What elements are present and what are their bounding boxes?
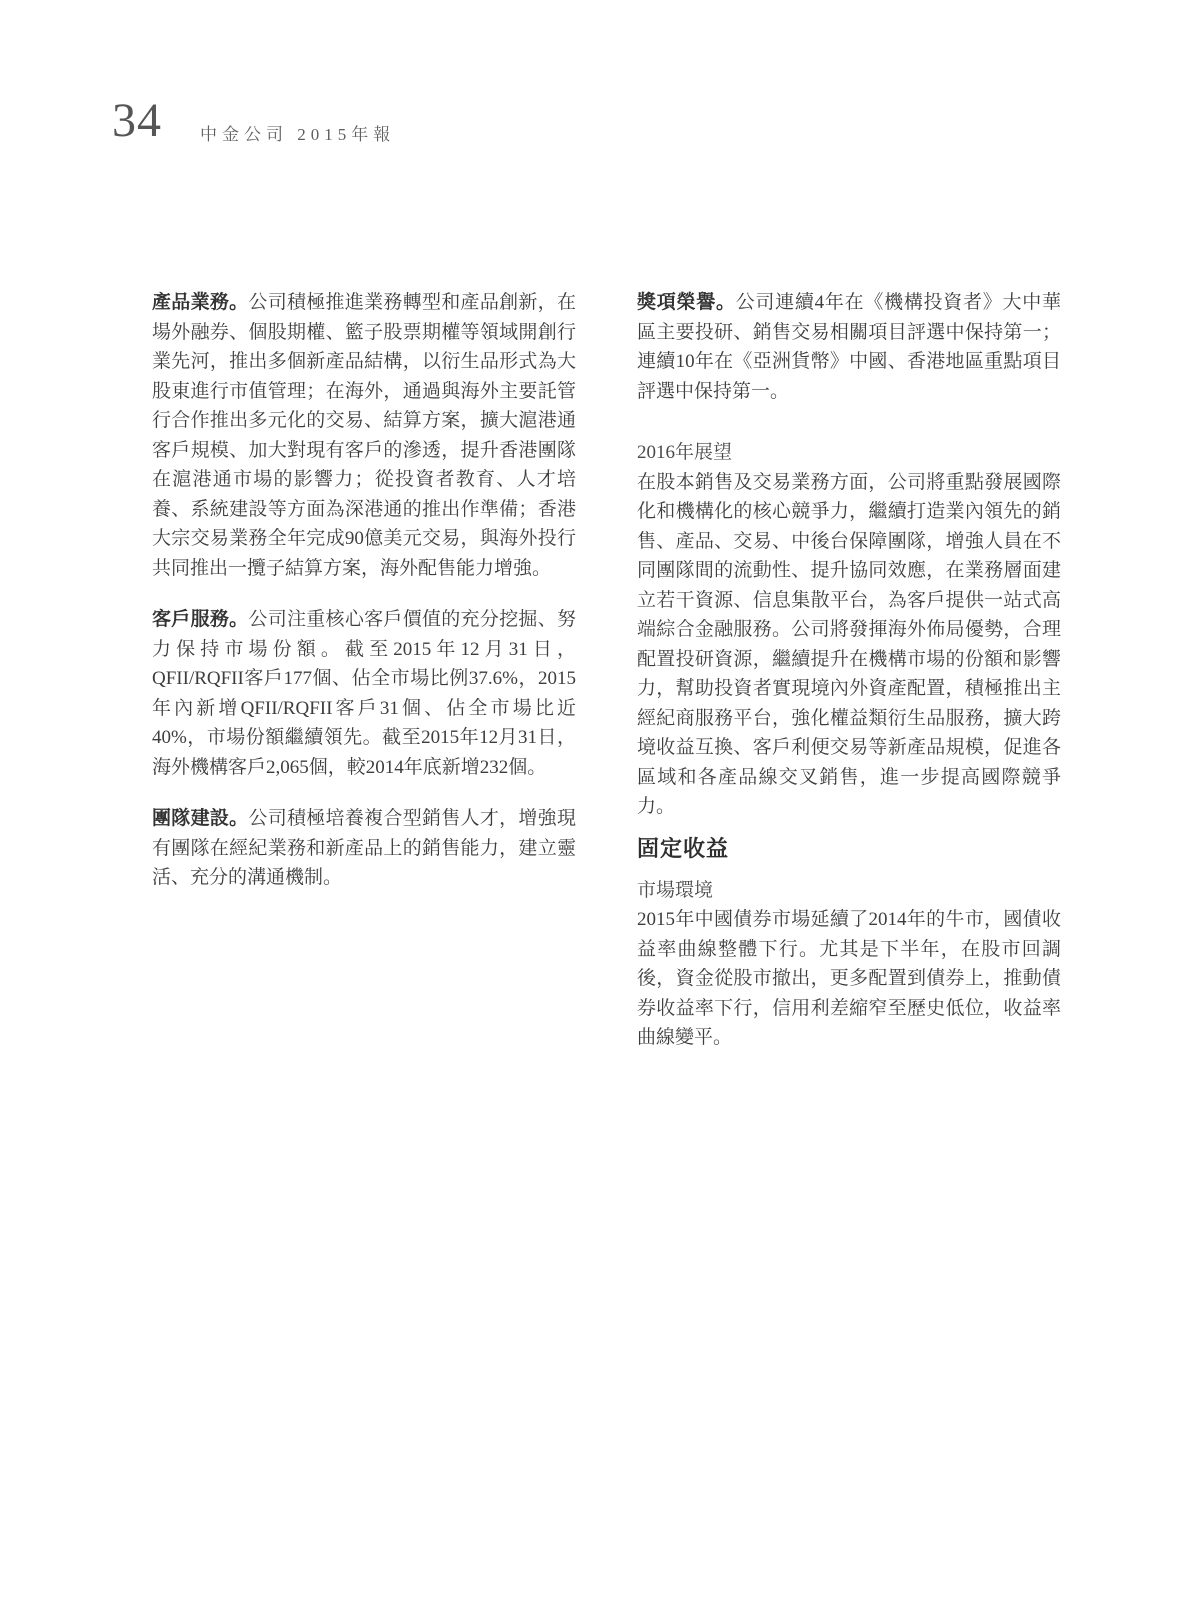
paragraph-text-product-business: 公司積極推進業務轉型和產品創新，在場外融券、個股期權、籃子股票期權等領域開創行業… [152,292,576,579]
paragraph-product-business: 產品業務。公司積極推進業務轉型和產品創新，在場外融券、個股期權、籃子股票期權等領… [152,288,576,583]
paragraph-lead-product-business: 產品業務。 [152,292,248,313]
subheading-market-environment: 市場環境 [637,876,1061,906]
heading-fixed-income: 固定收益 [637,834,1061,864]
right-column: 獎項榮譽。公司連續4年在《機構投資者》大中華區主要投研、銷售交易相關項目評選中保… [637,288,1061,1053]
paragraph-lead-client-service: 客戶服務。 [152,609,248,630]
paragraph-market-environment: 2015年中國債券市場延續了2014年的牛市，國債收益率曲線整體下行。尤其是下半… [637,905,1061,1053]
page-number: 34 [112,95,162,147]
paragraph-awards: 獎項榮譽。公司連續4年在《機構投資者》大中華區主要投研、銷售交易相關項目評選中保… [637,288,1061,406]
subheading-2016-outlook: 2016年展望 [637,438,1061,468]
paragraph-lead-awards: 獎項榮譽。 [637,292,736,313]
paragraph-2016-outlook: 在股本銷售及交易業務方面，公司將重點發展國際化和機構化的核心競爭力，繼續打造業內… [637,468,1061,822]
paragraph-text-client-service: 公司注重核心客戶價值的充分挖掘、努力保持市場份額。截至2015年12月31日，Q… [152,609,576,778]
left-column: 產品業務。公司積極推進業務轉型和產品創新，在場外融券、個股期權、籃子股票期權等領… [152,288,576,915]
paragraph-lead-team-building: 團隊建設。 [152,808,248,829]
report-title: 中金公司 2015年報 [200,123,395,147]
annual-report-page: 34 中金公司 2015年報 產品業務。公司積極推進業務轉型和產品創新，在場外融… [0,0,1190,1615]
paragraph-team-building: 團隊建設。公司積極培養複合型銷售人才，增強現有團隊在經紀業務和新產品上的銷售能力… [152,804,576,893]
paragraph-client-service: 客戶服務。公司注重核心客戶價值的充分挖掘、努力保持市場份額。截至2015年12月… [152,605,576,782]
